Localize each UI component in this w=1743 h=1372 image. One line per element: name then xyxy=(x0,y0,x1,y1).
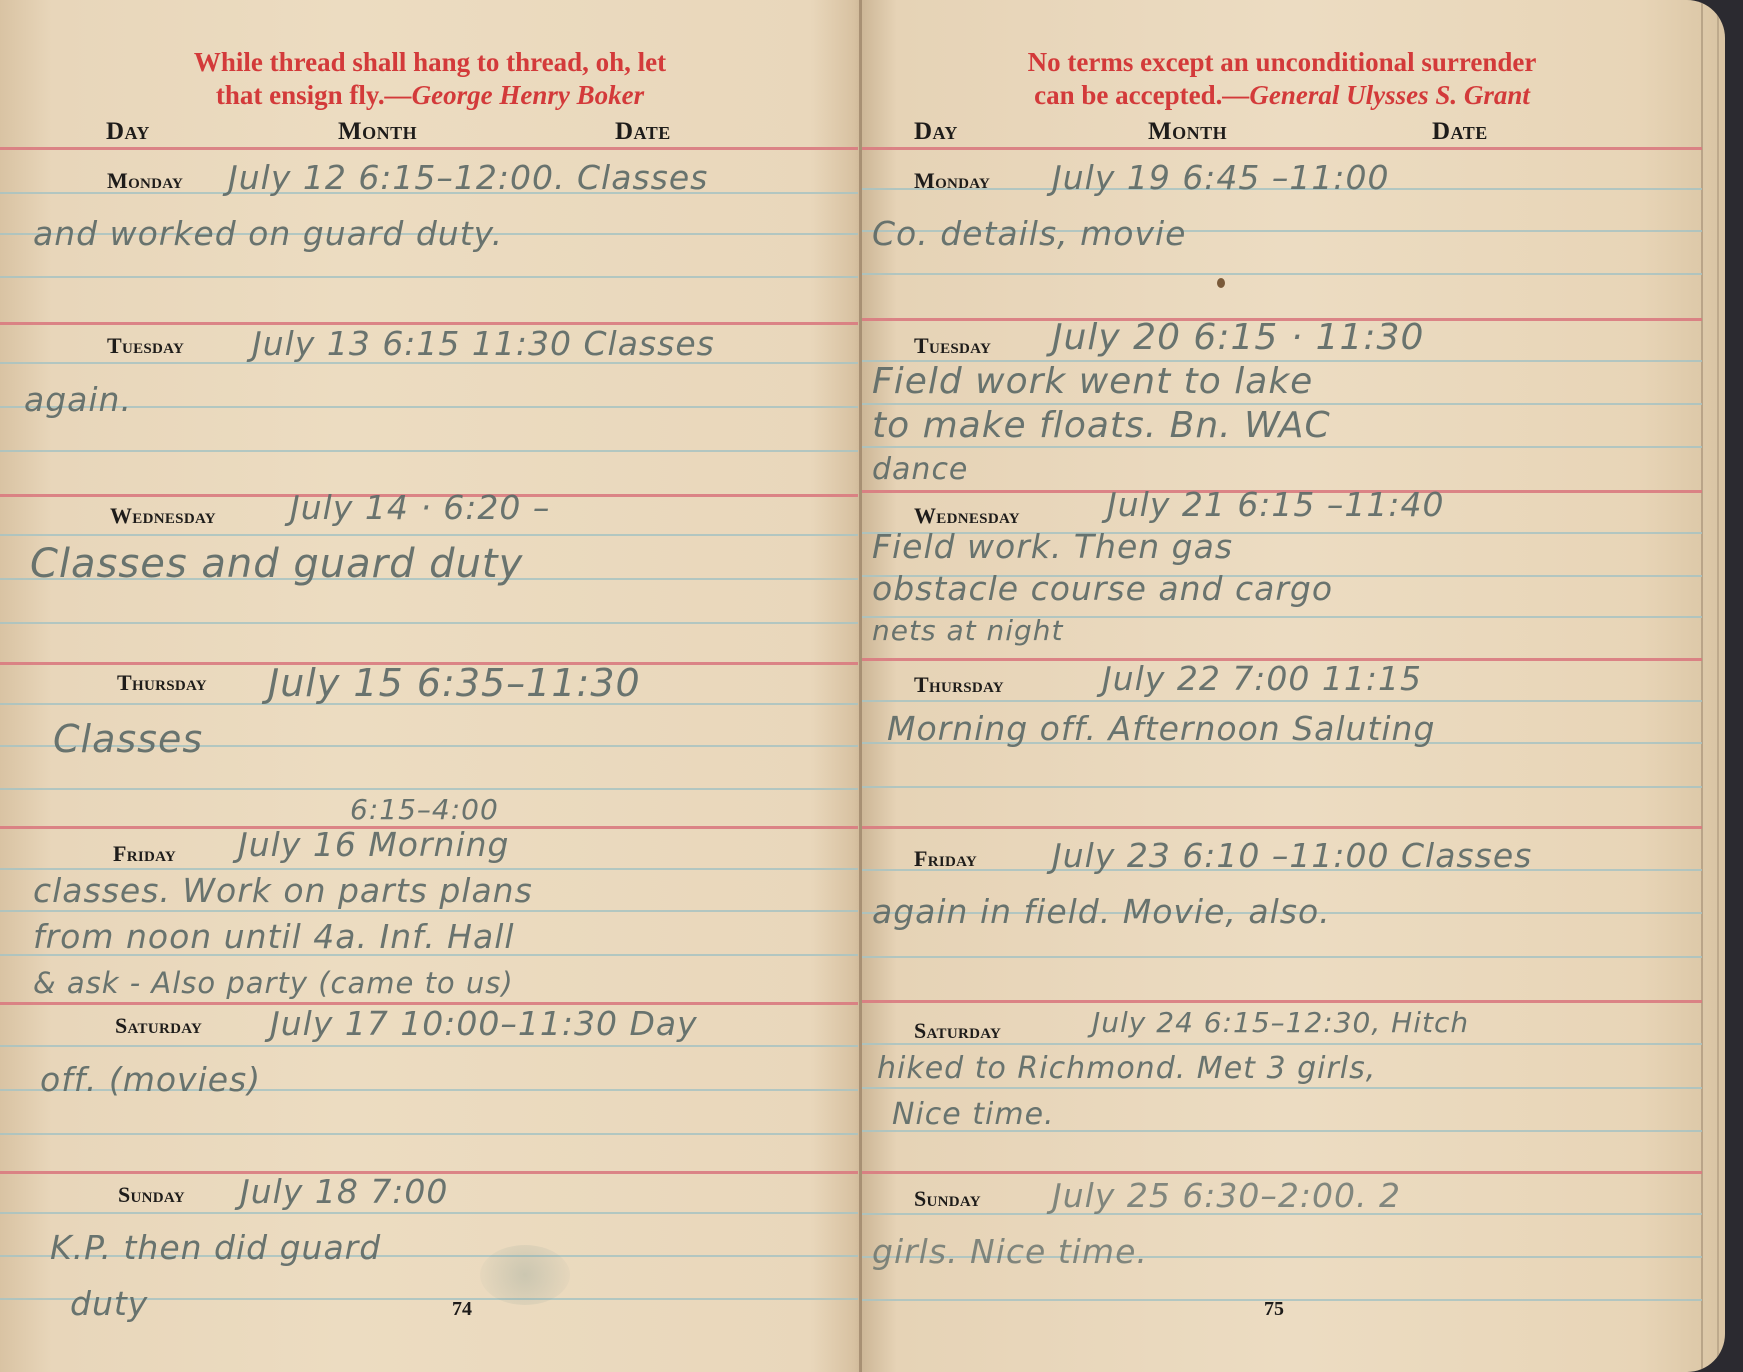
day-label-tuesday: Tuesday xyxy=(914,333,991,359)
entry-thursday: July 22 7:00 11:15 Morning off. Afternoo… xyxy=(1102,654,1435,754)
entry-saturday: July 17 10:00–11:30 Day off. (movies) xyxy=(270,996,698,1108)
day-label-friday: Friday xyxy=(914,846,977,872)
quote-grant: No terms except an unconditional surrend… xyxy=(902,46,1662,112)
header-day: Day xyxy=(914,118,958,146)
entry-wednesday: July 14 · 6:20 – Classes and guard duty xyxy=(290,480,550,592)
header-date: Date xyxy=(1432,118,1488,146)
entry-wednesday: July 21 6:15 –11:40 Field work. Then gas… xyxy=(1107,484,1445,652)
quote-attribution: —George Henry Boker xyxy=(385,80,644,110)
right-page: No terms except an unconditional surrend… xyxy=(862,0,1702,1372)
entry-tuesday: July 13 6:15 11:30 Classes again. xyxy=(252,316,715,428)
entry-friday: July 16 Morning classes. Work on parts p… xyxy=(238,822,533,1006)
ink-smudge xyxy=(480,1245,570,1305)
day-label-monday: Monday xyxy=(107,168,183,194)
entry-sunday: July 18 7:00 K.P. then did guard duty xyxy=(240,1164,448,1332)
entry-friday: July 23 6:10 –11:00 Classes again in fie… xyxy=(1052,828,1532,940)
day-label-sunday: Sunday xyxy=(914,1186,981,1212)
quote-line-2: that ensign fly.—George Henry Boker xyxy=(30,79,830,112)
ink-spot xyxy=(1217,278,1225,288)
page-number-75: 75 xyxy=(1264,1298,1284,1321)
page-number-74: 74 xyxy=(452,1298,472,1321)
header-month: Month xyxy=(338,118,417,146)
day-label-tuesday: Tuesday xyxy=(107,333,184,359)
quote-line-1: No terms except an unconditional surrend… xyxy=(902,46,1662,79)
quote-line-2: can be accepted.—General Ulysses S. Gran… xyxy=(902,79,1662,112)
header-month: Month xyxy=(1148,118,1227,146)
header-day: Day xyxy=(106,118,150,146)
day-label-thursday: Thursday xyxy=(914,672,1004,698)
day-label-sunday: Sunday xyxy=(118,1182,185,1208)
quote-line-1: While thread shall hang to thread, oh, l… xyxy=(30,46,830,79)
diary-spread: While thread shall hang to thread, oh, l… xyxy=(0,0,1725,1372)
quote-boker: While thread shall hang to thread, oh, l… xyxy=(30,46,830,112)
day-label-wednesday: Wednesday xyxy=(110,503,216,529)
day-label-monday: Monday xyxy=(914,168,990,194)
left-page: While thread shall hang to thread, oh, l… xyxy=(0,0,858,1372)
header-date: Date xyxy=(615,118,671,146)
quote-attribution: —General Ulysses S. Grant xyxy=(1222,80,1530,110)
day-label-thursday: Thursday xyxy=(117,670,207,696)
page-edge xyxy=(1701,0,1719,1372)
entry-saturday: July 24 6:15–12:30, Hitch hiked to Richm… xyxy=(1092,1000,1469,1138)
day-label-saturday: Saturday xyxy=(914,1018,1001,1044)
entry-thursday: July 15 6:35–11:30 Classes xyxy=(268,655,641,767)
entry-tuesday: July 20 6:15 · 11:30 Field work went to … xyxy=(1052,316,1424,492)
entry-monday: July 19 6:45 –11:00 Co. details, movie xyxy=(1052,150,1390,262)
entry-sunday: July 25 6:30–2:00. 2 girls. Nice time. xyxy=(1052,1168,1401,1280)
day-label-friday: Friday xyxy=(113,841,176,867)
day-label-saturday: Saturday xyxy=(115,1013,202,1039)
entry-monday: July 12 6:15–12:00. Classes and worked o… xyxy=(228,150,708,262)
